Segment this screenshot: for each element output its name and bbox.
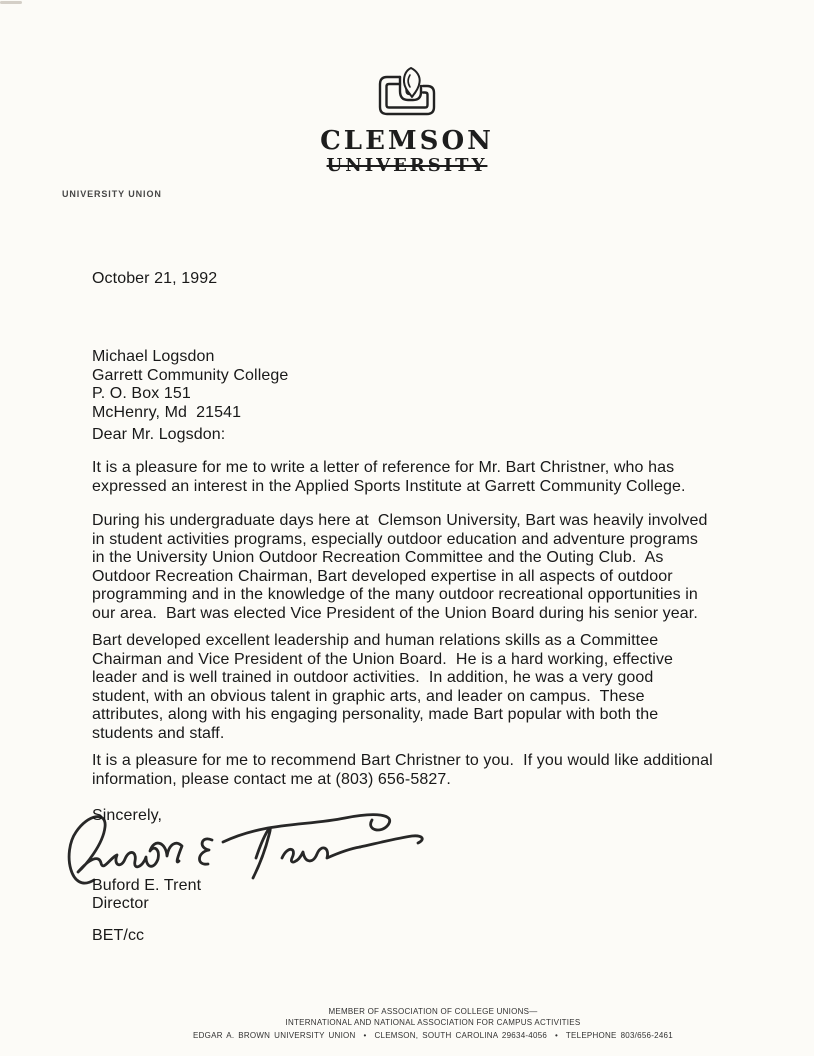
scan-artifact: [0, 1, 22, 4]
letter-paragraph: During his undergraduate days here at Cl…: [92, 512, 777, 623]
letter-paragraph: It is a pleasure for me to recommend Bar…: [92, 752, 777, 789]
department-label: UNIVERSITY UNION: [62, 189, 162, 199]
footer-membership-line: MEMBER OF ASSOCIATION OF COLLEGE UNIONS—: [33, 1006, 814, 1017]
letterhead: CLEMSON UNIVERSITY: [0, 66, 814, 176]
signer-title: Director: [92, 895, 149, 914]
letter-date: October 21, 1992: [92, 270, 217, 289]
wordmark-university: UNIVERSITY: [0, 156, 814, 176]
recipient-address: Michael Logsdon Garrett Community Colleg…: [92, 348, 288, 422]
letter-footer: MEMBER OF ASSOCIATION OF COLLEGE UNIONS—…: [33, 1006, 814, 1041]
letter-page: CLEMSON UNIVERSITY UNIVERSITY UNION Octo…: [0, 0, 814, 1056]
clemson-university-union-logo: [374, 66, 440, 124]
letter-paragraph: It is a pleasure for me to write a lette…: [92, 459, 777, 496]
letter-paragraph: Bart developed excellent leadership and …: [92, 632, 777, 743]
footer-association-line: INTERNATIONAL AND NATIONAL ASSOCIATION F…: [33, 1017, 814, 1028]
salutation: Dear Mr. Logsdon:: [92, 426, 225, 445]
university-wordmark: CLEMSON UNIVERSITY: [0, 128, 814, 176]
reference-initials: BET/cc: [92, 927, 144, 946]
signer-name: Buford E. Trent: [92, 877, 201, 896]
footer-address-line: EDGAR A. BROWN UNIVERSITY UNION • CLEMSO…: [33, 1030, 814, 1041]
wordmark-clemson: CLEMSON: [0, 128, 814, 155]
